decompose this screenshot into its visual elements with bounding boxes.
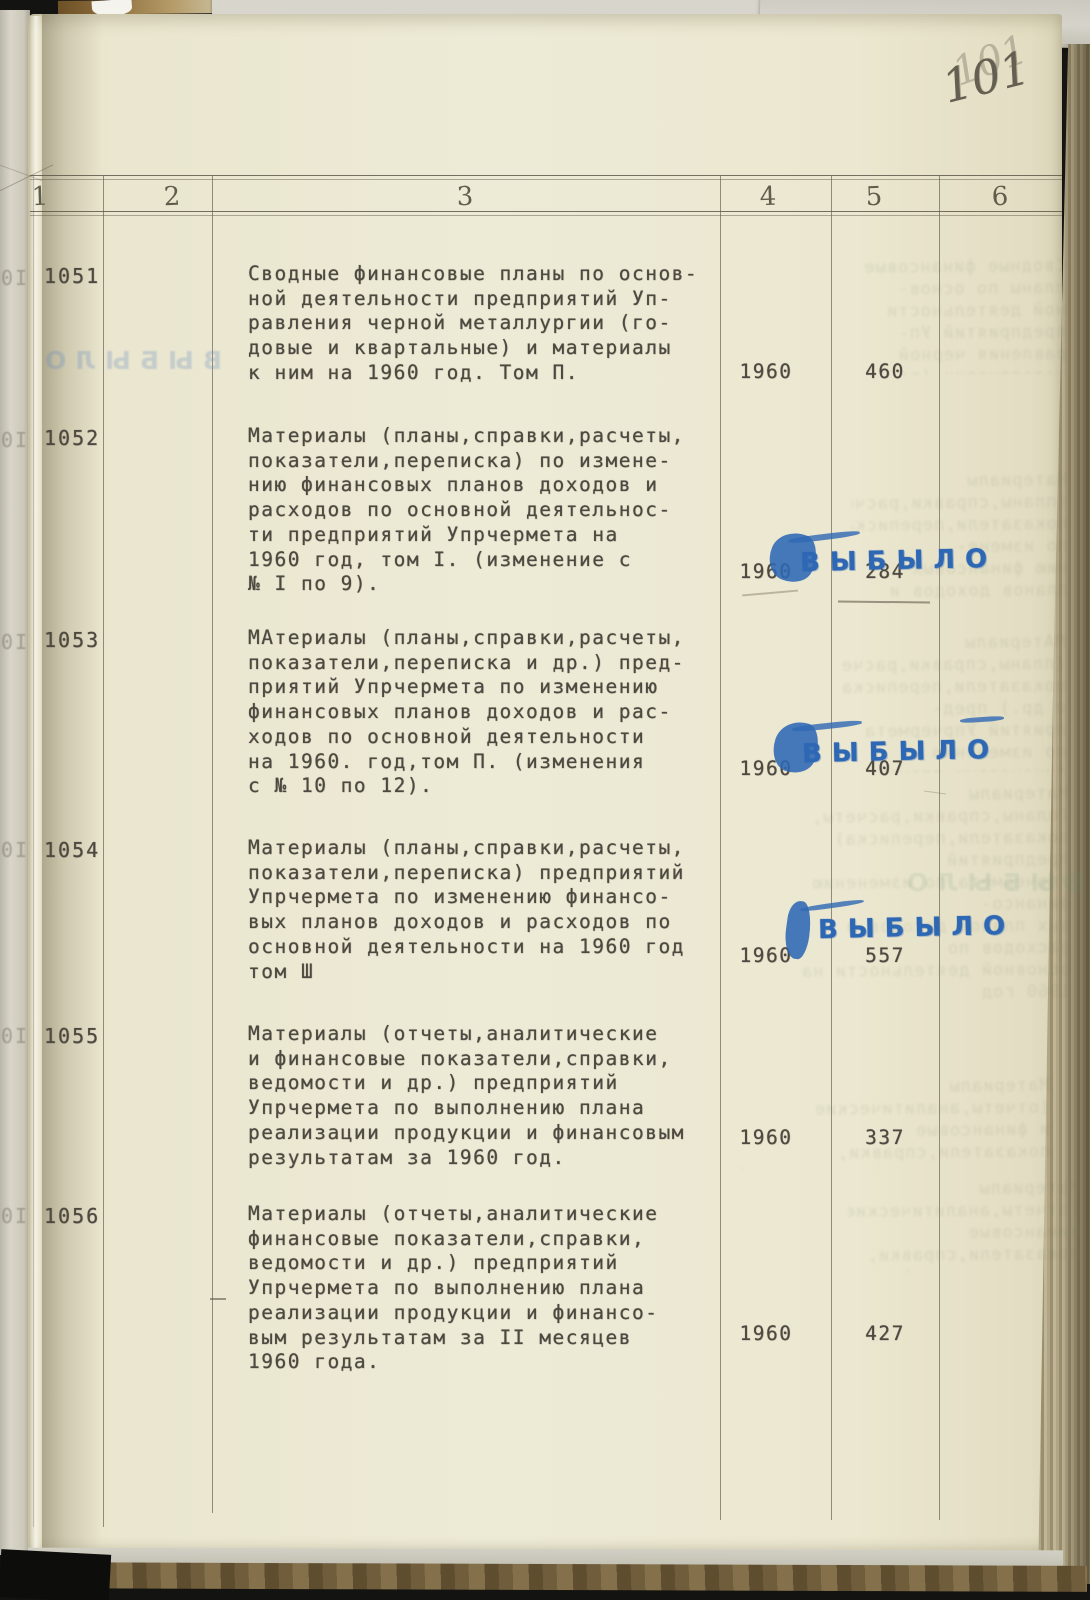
bleedthrough-stamp-text: ВЫБЫЛО xyxy=(36,346,222,375)
entry-year: 1960 xyxy=(716,360,816,383)
entry-description: Материалы (отчеты,аналитические финансов… xyxy=(248,1202,718,1375)
bleedthrough-stamp: ВЫБЫЛО xyxy=(898,868,1084,897)
bleedthrough-text: Сводные финансовые планы по основ- ной д… xyxy=(837,255,1066,375)
table-top-rule-a xyxy=(30,175,1062,176)
margin-bleedthrough: 0I xyxy=(1,838,29,862)
margin-bleedthrough: 0I xyxy=(1,266,29,290)
entry-number: 1052 xyxy=(44,426,100,450)
scanned-archive-page: { "page": { "handwritten_page_number": "… xyxy=(0,0,1090,1600)
entry-sheet-count: 337 xyxy=(831,1126,939,1149)
vybylo-stamp-text: ВЫБЫЛО xyxy=(818,911,1016,945)
entry-sheet-count: 557 xyxy=(831,944,939,967)
vybylo-stamp-text: ВЫБЫЛО xyxy=(802,735,1000,769)
gutter-highlight xyxy=(30,16,42,1550)
margin-bleedthrough: 0I xyxy=(1,428,29,452)
torn-tape-fragment xyxy=(58,0,218,15)
bleedthrough-text: Материалы (отчеты,аналитические финансов… xyxy=(848,1177,1081,1273)
column-header-1: 1 xyxy=(19,181,60,212)
entry-year: 1960 xyxy=(716,1126,816,1149)
entry-description: Сводные финансовые планы по основ- ной д… xyxy=(248,262,718,386)
vybylo-stamp: ВЫБЫЛО xyxy=(800,546,997,576)
vybylo-stamp-text: ВЫБЫЛО xyxy=(800,544,998,578)
column-header-6: 6 xyxy=(979,181,1020,212)
background-shadow xyxy=(0,1549,111,1600)
margin-bleedthrough: 0I xyxy=(1,1024,29,1048)
column-header-3: 3 xyxy=(444,181,485,212)
gutter-shadow xyxy=(42,14,102,1552)
bleedthrough-text: Материалы (отчеты,аналитические и финанс… xyxy=(728,1075,1051,1170)
underlying-page-edge xyxy=(0,10,30,1555)
bleedthrough-stamp: ВЫБЫЛО xyxy=(36,346,222,375)
entry-number: 1055 xyxy=(44,1024,100,1048)
book-binding-edge xyxy=(15,1562,1087,1592)
entry-number: 1056 xyxy=(44,1204,100,1228)
column-header-2: 2 xyxy=(151,181,192,212)
margin-bleedthrough: 0I xyxy=(1,1204,29,1228)
col1-left-rule xyxy=(33,176,34,1527)
vybylo-stamp: ВЫБЫЛО xyxy=(802,737,999,767)
entry-year: 1960 xyxy=(716,1322,816,1345)
entry-description: МАтериалы (планы,справки,расчеты, показа… xyxy=(248,626,718,799)
table-top-rule-b xyxy=(30,179,1062,180)
entry-number: 1054 xyxy=(44,838,100,862)
entry-sheet-count: 427 xyxy=(831,1322,939,1345)
vybylo-stamp: ВЫБЫЛО xyxy=(818,913,1015,943)
entry-description: Материалы (отчеты,аналитические и финанс… xyxy=(248,1022,718,1170)
col2-col3-rule xyxy=(212,176,213,1513)
entry-number: 1053 xyxy=(44,628,100,652)
margin-bleedthrough: 0I xyxy=(1,630,29,654)
column-header-4: 4 xyxy=(747,181,788,212)
entry-sheet-count: 460 xyxy=(831,360,939,383)
entry-description: Материалы (планы,справки,расчеты, показа… xyxy=(248,836,718,984)
margin-dash xyxy=(210,1298,226,1300)
entry-number: 1051 xyxy=(44,264,100,288)
entry-description: Материалы (планы,справки,расчеты, показа… xyxy=(248,424,718,597)
bleedthrough-stamp-text: ВЫБЫЛО xyxy=(898,868,1084,897)
table-header-rule-b xyxy=(30,215,1062,216)
column-header-5: 5 xyxy=(853,181,894,212)
col1-col2-rule xyxy=(103,176,104,1527)
